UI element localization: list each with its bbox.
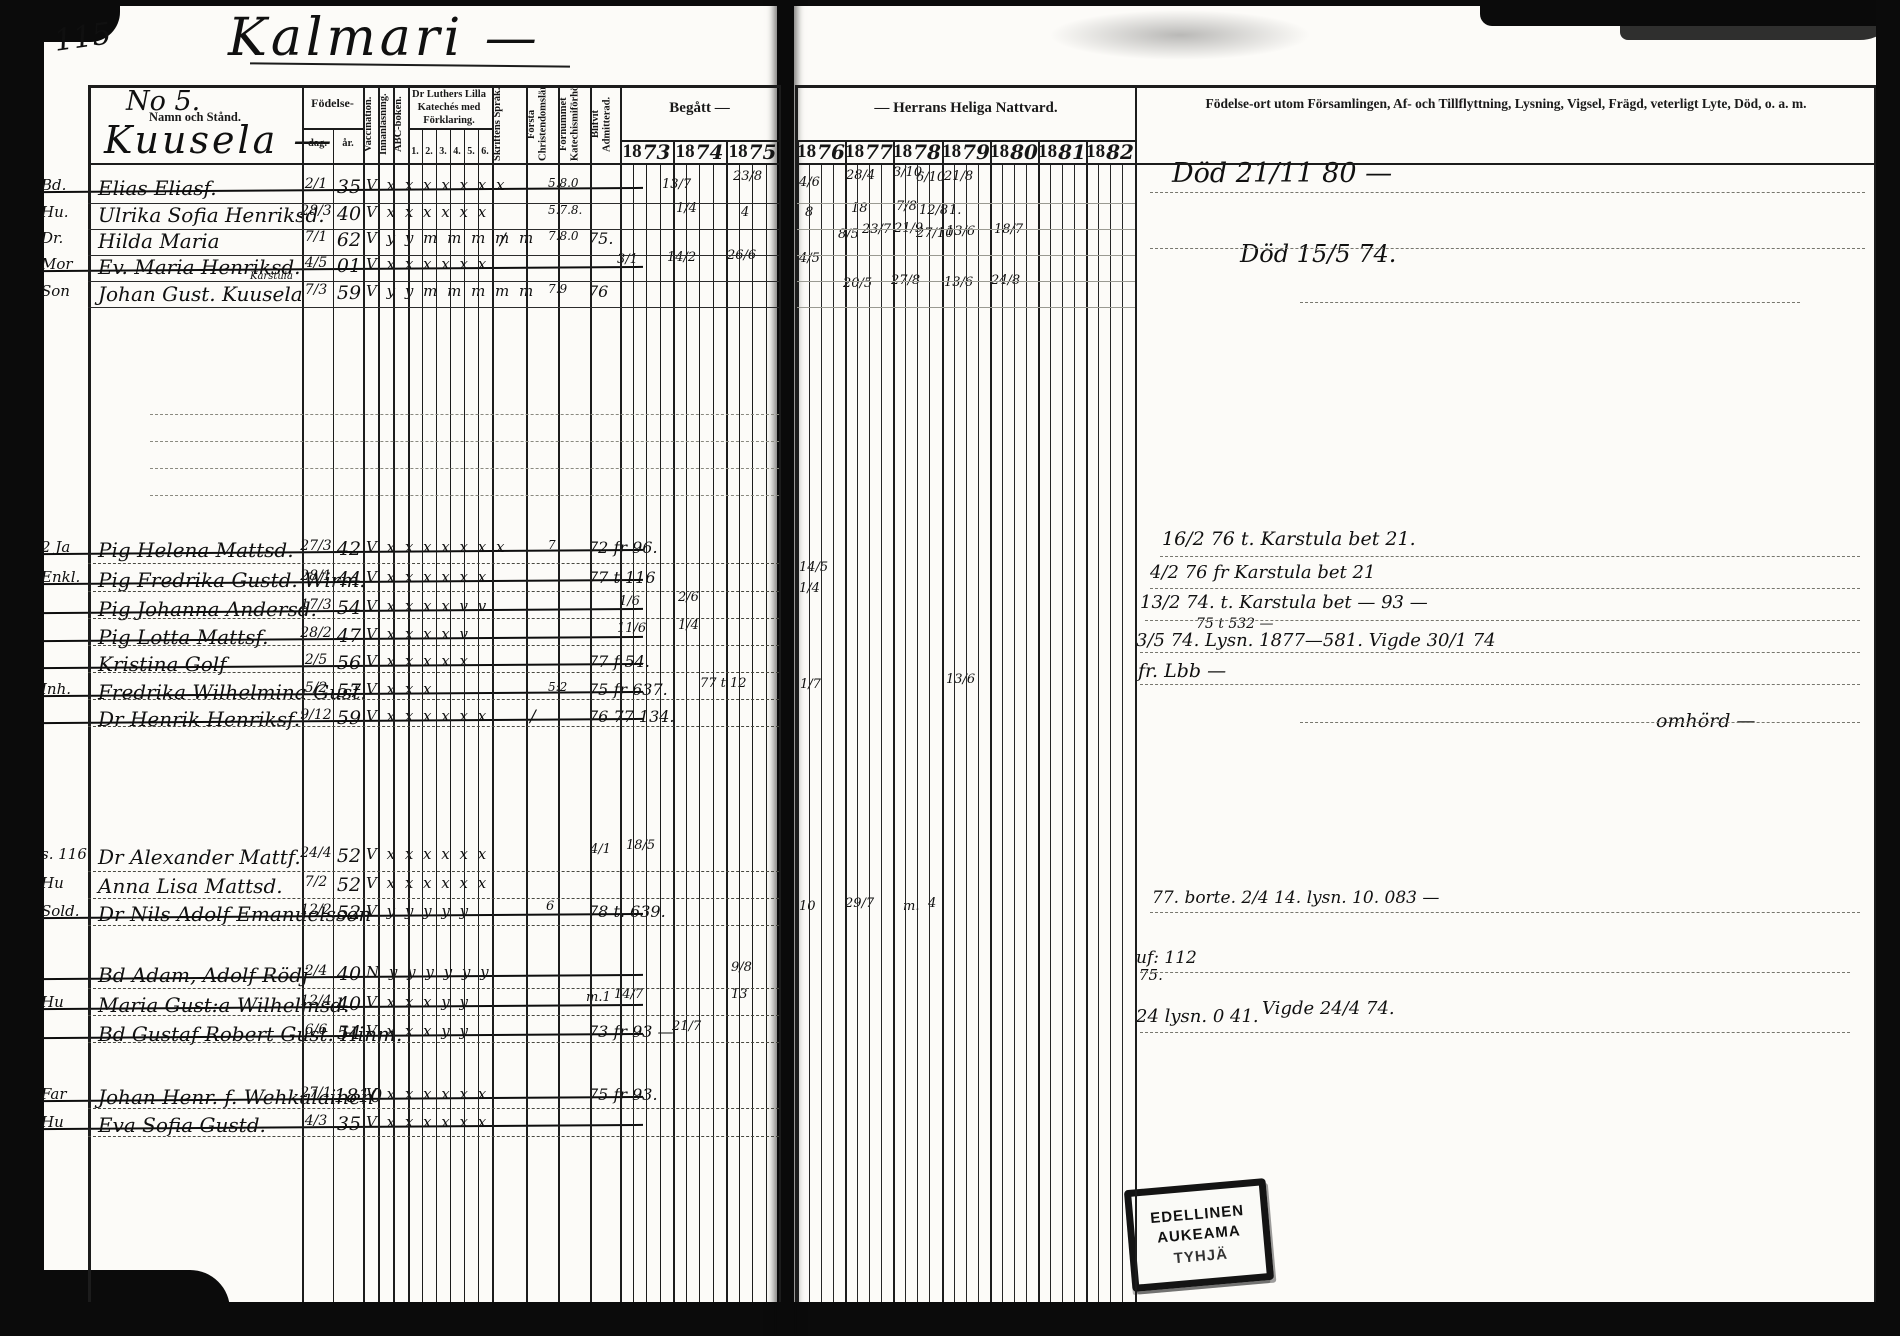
grid-line <box>436 128 437 1302</box>
grid-line <box>1086 140 1088 1302</box>
grid-line <box>363 85 365 1302</box>
ruled-dashed-line <box>88 925 779 926</box>
ruled-dashed-line <box>88 672 779 673</box>
grid-line <box>673 140 675 1302</box>
grid-line <box>492 85 494 1302</box>
communion-date-mark: / <box>530 707 536 727</box>
examination-marks: V x x x x x x <box>366 1113 489 1131</box>
ruled-dashed-line <box>88 591 779 592</box>
catechism-subcol-label: 4. <box>450 146 464 157</box>
grid-line <box>1122 163 1123 1302</box>
birth-year-value: 56 <box>334 652 364 674</box>
admission-note: 75 fr 637. <box>588 680 668 699</box>
grid-line <box>333 128 334 1302</box>
ruled-dashed-line <box>150 441 779 442</box>
row-margin-note: Far <box>41 1085 67 1103</box>
grid-line <box>809 163 810 1302</box>
grid-line <box>990 140 992 1302</box>
annotation-note: omhörd — <box>1656 710 1755 732</box>
ruled-dashed-line <box>1140 1032 1850 1033</box>
grid-line <box>1074 163 1075 1302</box>
birth-day-value: 4/5 <box>300 255 332 271</box>
birth-day-value: 27/3 <box>300 538 332 554</box>
record-row: Hu Anna Lisa Mattsd. 7/2 52 V x x x x x … <box>88 874 779 901</box>
grid-line <box>478 128 479 1302</box>
grid-line <box>660 163 661 1302</box>
grid-line <box>893 140 895 1302</box>
grid-line <box>1026 163 1027 1302</box>
examination-marks: V x x x x x x <box>366 1085 489 1103</box>
grid-line <box>752 163 753 1302</box>
birth-day-value: 17/3 <box>300 597 332 613</box>
grid-line <box>633 163 634 1302</box>
year-label: 1880 <box>990 140 1038 163</box>
catechism-score: 7.8.0 <box>548 229 579 243</box>
admission-note: 78 t. 639. <box>588 902 666 921</box>
row-margin-note: Dr. <box>41 229 63 247</box>
person-name: Eva Sofia Gustd. <box>98 1113 266 1137</box>
birth-column-header: Födelse- <box>302 96 363 111</box>
birth-day-value: 28/1 <box>300 568 332 584</box>
grid-line <box>929 163 930 1302</box>
birth-day-value: 7/1 <box>300 229 332 245</box>
year-label: 1881 <box>1038 140 1086 163</box>
annotation-note: Vigde 24/4 74. <box>1262 998 1395 1019</box>
communion-date-mark: 28/4 <box>846 168 875 183</box>
examination-marks: V y y y y y <box>366 902 471 920</box>
grid-line <box>1062 163 1063 1302</box>
year-printed-prefix: 18 <box>942 141 961 163</box>
row-margin-note: Hu <box>41 874 64 892</box>
birth-year-value: 47 <box>334 625 364 647</box>
record-row: Inh. Fredrika Wilhelmina Gust. 5/2 57 V … <box>88 680 779 707</box>
vertical-column-header: Blifvit Admitterad. <box>590 87 620 161</box>
examination-marks: V x x x x x x <box>366 874 489 892</box>
communion-date-mark: 13/6 <box>946 672 975 687</box>
grid-line <box>739 163 740 1302</box>
year-label: 1876 <box>797 140 845 163</box>
grid-line <box>1110 163 1111 1302</box>
vertical-column-header: Första Christendomsläran. <box>526 87 558 161</box>
year-printed-prefix: 18 <box>845 141 864 163</box>
grid-line <box>726 140 728 1302</box>
parish-title: Kalmari — <box>228 8 541 68</box>
page-number: 115 <box>52 16 114 59</box>
examination-marks: N y y y y y y <box>366 963 491 981</box>
communion-date-mark: 14/5 <box>799 560 828 575</box>
archive-stamp: EDELLINENAUKEAMATYHJÄ <box>1124 1178 1274 1292</box>
grid-line <box>797 307 1135 308</box>
examination-marks: V x x x x x x <box>366 568 489 586</box>
annotation-note: 77. borte. 2/4 14. lysn. 10. 083 — <box>1152 888 1439 908</box>
birth-day-value: 24/4 <box>300 845 332 861</box>
ruled-dashed-line <box>1300 722 1860 723</box>
grid-line <box>797 229 1135 230</box>
birth-day-value: 2/4 <box>300 963 332 979</box>
communion-date-mark: 6 <box>546 899 554 914</box>
row-margin-note: Sold. <box>41 902 79 920</box>
communion-date-mark: 9/8 <box>731 960 752 975</box>
scan-edge-right <box>1876 0 1900 1336</box>
record-row: Pig Lotta Mattsf. 28/2 47 V x x x x v <box>88 625 779 652</box>
grid-line <box>88 229 779 230</box>
year-handwritten-suffix: 82 <box>1106 140 1134 164</box>
year-handwritten-suffix: 80 <box>1010 140 1038 164</box>
communion-date-mark: 1/4 <box>678 618 699 633</box>
birth-day-value: 28/2 <box>300 625 332 641</box>
year-printed-prefix: 18 <box>990 141 1009 163</box>
communion-date-mark: 1/7 <box>800 677 821 692</box>
notes-column-header: Födelse-ort utom Församlingen, Af- och T… <box>1150 94 1862 115</box>
communion-date-mark: 13/6 <box>946 224 975 239</box>
vertical-column-header: Skriftens Språk. <box>492 87 526 161</box>
birth-day-value: 2/1 <box>300 176 332 192</box>
grid-line <box>1098 163 1099 1302</box>
birth-year-value: 40 <box>334 963 364 985</box>
ruled-dashed-line <box>88 726 779 727</box>
grid-line <box>942 140 944 1302</box>
birth-year-value: 52 <box>334 874 364 896</box>
row-margin-note: Inh. <box>41 680 71 698</box>
grid-line <box>302 128 363 130</box>
birth-day-value: 7/2 <box>300 874 332 890</box>
grid-line <box>795 85 1876 88</box>
ruled-dashed-line <box>1140 684 1860 685</box>
annotation-note: 4/2 76 fr Karstula bet 21 <box>1150 562 1375 583</box>
communion-date-mark: 4 <box>741 205 749 220</box>
catechism-score: 5.7.8. <box>548 203 582 217</box>
communion-date-mark: 2/6 <box>678 590 699 605</box>
catechism-header: Dr Luthers Lilla Katechés med Förklaring… <box>406 88 492 127</box>
annotation-note: Död 15/5 74. <box>1240 240 1396 268</box>
scan-smudge <box>1050 10 1310 60</box>
scanned-church-record-page: 115 Kalmari — No 5. Namn och Stånd. Kuus… <box>0 0 1900 1336</box>
examination-marks: V x x x y y <box>366 993 471 1011</box>
ruled-dashed-line <box>1150 912 1860 913</box>
birth-year-value: 52 <box>334 845 364 867</box>
annotation-note: 24 lysn. 0 41. <box>1136 1006 1259 1027</box>
year-printed-prefix: 18 <box>1086 141 1105 163</box>
birth-year-value: 59 <box>334 282 364 304</box>
grid-line <box>779 85 781 1302</box>
birth-day-value: 9/12 <box>300 707 332 723</box>
scan-blot-bottom-left <box>0 1270 230 1336</box>
grid-line <box>88 307 779 308</box>
communion-date-mark: 18/5 <box>626 838 655 853</box>
ruled-dashed-line <box>88 1108 779 1109</box>
record-row: Bd Adam, Adolf Rödj 2/4 40 N y y y y y y <box>88 963 779 990</box>
grid-line <box>699 163 700 1302</box>
birth-year-value: 52 <box>334 902 364 924</box>
grid-line <box>797 281 1135 282</box>
vertical-column-header: Förnummet Katechismiförhören. <box>558 87 590 161</box>
birth-day-value: 12/4 <box>300 993 332 1009</box>
admission-note: 77 f 54. <box>588 652 650 671</box>
communion-right-header: — Herrans Heliga Nattvard. <box>797 100 1135 117</box>
grid-line <box>646 163 647 1302</box>
grid-line <box>833 163 834 1302</box>
grid-line <box>558 85 560 1302</box>
village-name: Kuusela — <box>104 118 334 162</box>
ruled-dashed-line <box>1150 192 1865 193</box>
communion-date-mark: 10 <box>799 899 816 914</box>
grid-line <box>620 85 622 1302</box>
catechism-score: 7 <box>548 538 556 552</box>
admission-note: 75 fr 93. <box>588 1085 658 1104</box>
stamp-line: TYHJÄ <box>1173 1245 1229 1270</box>
annotation-note: uf: 112 <box>1136 948 1197 968</box>
row-margin-note: Bd. <box>41 176 66 194</box>
record-row: Kristina Golf 2/5 56 V x x x x x 77 f 54… <box>88 652 779 679</box>
birth-year-value: 35 <box>334 1113 364 1135</box>
annotation-note: 75. <box>1139 966 1163 984</box>
communion-date-mark: 13/6 <box>944 275 973 290</box>
grid-line <box>869 163 870 1302</box>
record-row: Son Johan Gust. Kuusela 7/3 59 V y y m m… <box>88 282 779 309</box>
row-margin-note: Son <box>41 282 70 300</box>
birth-day-value: 12/2 <box>300 902 332 918</box>
ruled-dashed-line <box>88 1042 779 1043</box>
grid-line <box>590 85 592 1302</box>
grid-line <box>1135 85 1137 1302</box>
year-label: 1879 <box>942 140 990 163</box>
grid-line <box>966 163 967 1302</box>
scan-edge-bottom <box>0 1302 1900 1336</box>
record-row: Dr Henrik Henriksf. 9/12 59 V x x x x x … <box>88 707 779 734</box>
year-printed-prefix: 18 <box>729 141 748 163</box>
scan-blot-top-right-2 <box>1620 0 1900 40</box>
birth-day-value: 5/2 <box>300 680 332 696</box>
row-margin-note: Mor <box>41 255 73 273</box>
ruled-dashed-line <box>88 618 779 619</box>
birth-day-value: 28/3 <box>300 203 332 219</box>
communion-date-mark: 14/2 <box>667 250 696 265</box>
communion-date-mark: 21/8 <box>944 169 973 184</box>
birth-year-value: 54 <box>334 1022 364 1044</box>
birth-year-value: 62 <box>334 229 364 251</box>
grid-line <box>845 140 847 1302</box>
birth-day-header: dag. <box>302 138 333 149</box>
year-handwritten-suffix: 78 <box>913 140 941 164</box>
birth-day-value: 2/5 <box>300 652 332 668</box>
grid-line <box>408 85 410 1302</box>
person-name: Elias Eliasf. <box>98 176 217 200</box>
grid-line <box>1038 140 1040 1302</box>
year-label: 1877 <box>845 140 893 163</box>
catechism-subcol-label: 2. <box>422 146 436 157</box>
birth-year-value: 01 <box>334 255 364 277</box>
grid-line <box>88 281 779 282</box>
annotation-note: 16/2 76 t. Karstula bet 21. <box>1162 528 1416 550</box>
row-margin-note: s. 116 <box>41 845 87 863</box>
year-printed-prefix: 18 <box>676 141 695 163</box>
grid-line <box>1014 163 1015 1302</box>
grid-line <box>797 140 799 1302</box>
birth-year-header: år. <box>333 138 363 149</box>
birth-day-value: 4/3 <box>300 1113 332 1129</box>
person-name: Hilda Maria <box>98 229 220 253</box>
grid-line <box>797 255 1135 256</box>
examination-marks: V x x x <box>366 680 434 698</box>
catechism-subcol-label: 5. <box>464 146 478 157</box>
person-name: Dr Alexander Mattf. <box>98 845 301 869</box>
ruled-dashed-line <box>150 414 779 415</box>
grid-line <box>526 85 528 1302</box>
year-printed-prefix: 18 <box>1038 141 1057 163</box>
ruled-dashed-line <box>88 871 779 872</box>
year-handwritten-suffix: 74 <box>696 140 724 164</box>
examination-marks: V x x x y y <box>366 1022 471 1040</box>
ruled-dashed-line <box>1145 620 1860 621</box>
year-label: 1882 <box>1086 140 1134 163</box>
year-handwritten-suffix: 76 <box>817 140 845 164</box>
birth-year-value: 1810 <box>334 1085 364 1107</box>
ruled-dashed-line <box>88 645 779 646</box>
birth-year-value: 40 <box>334 203 364 225</box>
birth-year-value: 40 <box>334 993 364 1015</box>
ruled-dashed-line <box>88 699 779 700</box>
annotation-note: 13/2 74. t. Karstula bet — 93 — <box>1140 592 1428 613</box>
birth-day-value: 27/1 <box>300 1085 332 1101</box>
grid-line <box>713 163 714 1302</box>
ruled-dashed-line <box>88 898 779 899</box>
row-margin-note: Hu <box>41 1113 64 1131</box>
catechism-score: 5.8.0 <box>548 176 579 190</box>
grid-line <box>88 163 779 165</box>
grid-line <box>954 163 955 1302</box>
catechism-subcol-label: 1. <box>408 146 422 157</box>
grid-line <box>1874 85 1876 1302</box>
admission-note: 76 77 134. <box>588 707 675 726</box>
communion-left-header: Begått — <box>620 100 779 117</box>
grid-line <box>88 85 779 88</box>
row-margin-note: Enkl. <box>41 568 80 586</box>
row-margin-note: Hu <box>41 993 64 1011</box>
year-printed-prefix: 18 <box>893 141 912 163</box>
year-handwritten-suffix: 75 <box>749 140 777 164</box>
year-label: 1878 <box>893 140 941 163</box>
year-label: 1875 <box>726 140 779 163</box>
grid-line <box>797 163 1876 165</box>
row-margin-note: Hu. <box>41 203 69 221</box>
ruled-dashed-line <box>1150 248 1865 249</box>
person-name: Anna Lisa Mattsd. <box>98 874 283 898</box>
examination-marks: V x x x x v <box>366 625 471 643</box>
grid-line <box>88 203 779 204</box>
ruled-dashed-line <box>150 468 779 469</box>
communion-date-mark: 6/10 <box>916 170 945 185</box>
examination-marks: V x x x x x x <box>366 707 489 725</box>
catechism-subcol-label: 3. <box>436 146 450 157</box>
ruled-dashed-line <box>1140 652 1860 653</box>
communion-date-mark: 4/1 <box>590 842 611 857</box>
grid-line <box>393 85 395 1302</box>
ruled-dashed-line <box>1150 588 1860 589</box>
year-handwritten-suffix: 73 <box>643 140 671 164</box>
birth-day-value: 7/3 <box>300 282 332 298</box>
grid-line <box>905 163 906 1302</box>
birth-day-value: 6/6 <box>300 1022 332 1038</box>
ruled-dashed-line <box>88 563 779 564</box>
birth-year-value: 44 <box>334 568 364 590</box>
grid-line <box>978 163 979 1302</box>
grid-line <box>686 163 687 1302</box>
row-margin-note: 2 Ja <box>41 538 70 556</box>
examination-marks: V x x x x v v <box>366 597 489 615</box>
vertical-column-header: Vaccination. <box>363 87 378 161</box>
vertical-column-header: Innanläsning. <box>378 87 393 161</box>
ruled-dashed-line <box>1300 302 1800 303</box>
birth-year-value: 54 <box>334 597 364 619</box>
year-printed-prefix: 18 <box>797 141 816 163</box>
grid-line <box>450 128 451 1302</box>
examination-marks: V x x x x x x <box>366 203 489 221</box>
scan-edge-left <box>0 0 44 1336</box>
grid-line <box>797 203 1135 204</box>
ruled-dashed-line <box>1140 972 1850 973</box>
person-name: Dr Henrik Henriksf. <box>98 707 300 731</box>
communion-date-mark: 1/6 <box>619 594 640 609</box>
ruled-dashed-line <box>1160 556 1860 557</box>
person-name: Johan Gust. Kuusela <box>98 282 303 306</box>
person-name: Pig Helena Mattsd. <box>98 538 294 562</box>
year-label: 1874 <box>673 140 726 163</box>
grid-line <box>408 128 492 130</box>
admission-note: 72 fr 96. <box>588 538 658 557</box>
grid-line <box>917 163 918 1302</box>
ruled-dashed-line <box>88 1015 779 1016</box>
grid-line <box>422 128 423 1302</box>
grid-line <box>857 163 858 1302</box>
communion-date-mark: 14/7 <box>614 987 643 1002</box>
annotation-note: 3/5 74. Lysn. 1877—581. Vigde 30/1 74 <box>1136 630 1496 651</box>
birth-year-value: 42 <box>334 538 364 560</box>
grid-line <box>797 140 1135 142</box>
year-label: 1873 <box>620 140 673 163</box>
examination-marks: V x x x x x <box>366 652 470 670</box>
grid-line <box>378 85 380 1302</box>
ruled-dashed-line <box>88 988 779 989</box>
grid-line <box>881 163 882 1302</box>
grid-line <box>1002 163 1003 1302</box>
grid-line <box>88 85 91 1302</box>
person-name: Bd Adam, Adolf Rödj <box>98 963 308 987</box>
record-row: Pig Johanna Andersd. 17/3 54 V x x x x v… <box>88 597 779 624</box>
communion-date-mark: / <box>500 230 506 250</box>
year-handwritten-suffix: 79 <box>962 140 990 164</box>
communion-date-mark: 23/8 <box>733 169 762 184</box>
grid-line <box>88 255 779 256</box>
grid-line <box>620 140 779 142</box>
birth-year-value: 35 <box>334 176 364 198</box>
record-row: 2 Ja Pig Helena Mattsd. 27/3 42 V x x x … <box>88 538 779 565</box>
grid-line <box>766 163 767 1302</box>
year-handwritten-suffix: 77 <box>865 140 893 164</box>
record-row: s. 116 Dr Alexander Mattf. 24/4 52 V x x… <box>88 845 779 872</box>
grid-line <box>464 128 465 1302</box>
examination-marks: V x x x x x x <box>366 255 489 273</box>
catechism-subcol-label: 6. <box>478 146 492 157</box>
ruled-dashed-line <box>88 1136 779 1137</box>
communion-date-mark: 1. <box>949 203 961 218</box>
ruled-dashed-line <box>150 495 779 496</box>
person-name: Ulrika Sofia Henriksd. <box>98 203 325 227</box>
year-handwritten-suffix: 81 <box>1058 140 1086 164</box>
year-printed-prefix: 18 <box>623 141 642 163</box>
communion-date-mark: 7/8 <box>896 199 917 214</box>
annotation-note: fr. Lbb — <box>1138 660 1226 682</box>
grid-line <box>1050 163 1051 1302</box>
